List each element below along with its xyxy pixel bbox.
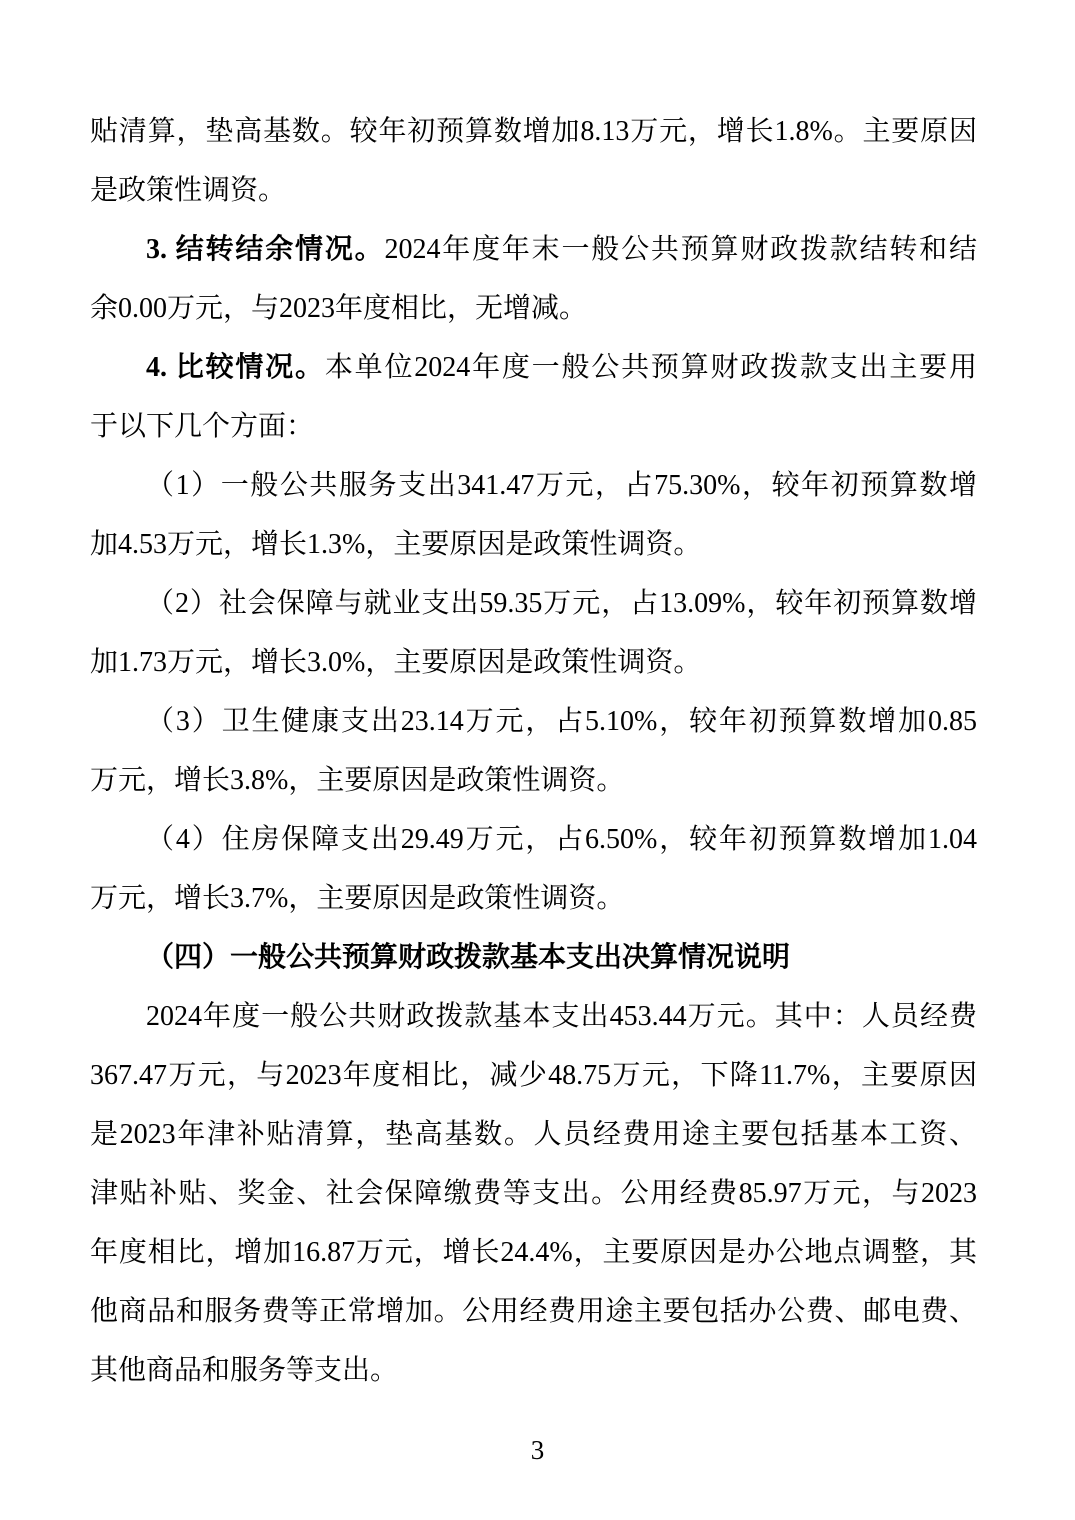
body-run: 余0.00万元，与2023年度相比，无增减。 <box>90 293 587 324</box>
body-run: （2）社会保障与就业支出59.35万元，占13.09%，较年初预算数增 <box>146 588 977 619</box>
body-run: 其他商品和服务等支出。 <box>90 1355 398 1386</box>
text-line: 万元，增长3.8%，主要原因是政策性调资。 <box>90 751 977 810</box>
text-line: 加1.73万元，增长3.0%，主要原因是政策性调资。 <box>90 633 977 692</box>
body-run: 是政策性调资。 <box>90 175 286 206</box>
body-run: 是2023年津补贴清算，垫高基数。人员经费用途主要包括基本工资、 <box>90 1119 977 1150</box>
body-run: 本单位2024年度一般公共预算财政拨款支出主要用 <box>325 352 977 383</box>
body-run: 万元，增长3.7%，主要原因是政策性调资。 <box>90 883 624 914</box>
body-run: 贴清算，垫高基数。较年初预算数增加8.13万元，增长1.8%。主要原因 <box>90 116 977 147</box>
document-page: 贴清算，垫高基数。较年初预算数增加8.13万元，增长1.8%。主要原因 是政策性… <box>0 0 1075 1520</box>
text-line: 4. 比较情况。本单位2024年度一般公共预算财政拨款支出主要用 <box>90 338 977 397</box>
text-line: （4）住房保障支出29.49万元，占6.50%，较年初预算数增加1.04 <box>90 810 977 869</box>
body-run: 367.47万元，与2023年度相比，减少48.75万元，下降11.7%，主要原… <box>90 1060 977 1091</box>
text-line: 加4.53万元，增长1.3%，主要原因是政策性调资。 <box>90 515 977 574</box>
text-line: 其他商品和服务等支出。 <box>90 1341 977 1400</box>
text-line: （3）卫生健康支出23.14万元，占5.10%，较年初预算数增加0.85 <box>90 692 977 751</box>
text-line: 是2023年津补贴清算，垫高基数。人员经费用途主要包括基本工资、 <box>90 1105 977 1164</box>
page-number: 3 <box>0 1430 1075 1470</box>
heading-run: 4. 比较情况。 <box>146 352 325 383</box>
text-line: （1）一般公共服务支出341.47万元，占75.30%，较年初预算数增 <box>90 456 977 515</box>
text-line: 贴清算，垫高基数。较年初预算数增加8.13万元，增长1.8%。主要原因 <box>90 102 977 161</box>
body-run: 加4.53万元，增长1.3%，主要原因是政策性调资。 <box>90 529 701 560</box>
body-run: （1）一般公共服务支出341.47万元，占75.30%，较年初预算数增 <box>146 470 977 501</box>
text-line: （2）社会保障与就业支出59.35万元，占13.09%，较年初预算数增 <box>90 574 977 633</box>
text-line: 万元，增长3.7%，主要原因是政策性调资。 <box>90 869 977 928</box>
body-run: 2024年度年末一般公共预算财政拨款结转和结 <box>384 234 977 265</box>
text-line: 余0.00万元，与2023年度相比，无增减。 <box>90 279 977 338</box>
text-line: 于以下几个方面： <box>90 397 977 456</box>
text-line: 3. 结转结余情况。2024年度年末一般公共预算财政拨款结转和结 <box>90 220 977 279</box>
text-line: 年度相比，增加16.87万元，增长24.4%，主要原因是办公地点调整，其 <box>90 1223 977 1282</box>
body-run: 2024年度一般公共财政拨款基本支出453.44万元。其中：人员经费 <box>146 1001 977 1032</box>
body-run: 他商品和服务费等正常增加。公用经费用途主要包括办公费、邮电费、 <box>90 1296 977 1327</box>
document-body: 贴清算，垫高基数。较年初预算数增加8.13万元，增长1.8%。主要原因 是政策性… <box>90 102 977 1400</box>
body-run: 津贴补贴、奖金、社会保障缴费等支出。公用经费85.97万元，与2023 <box>90 1178 977 1209</box>
text-line: 他商品和服务费等正常增加。公用经费用途主要包括办公费、邮电费、 <box>90 1282 977 1341</box>
body-run: 于以下几个方面： <box>90 411 314 442</box>
text-line: 津贴补贴、奖金、社会保障缴费等支出。公用经费85.97万元，与2023 <box>90 1164 977 1223</box>
section-heading: （四）一般公共预算财政拨款基本支出决算情况说明 <box>90 928 977 987</box>
body-run: 加1.73万元，增长3.0%，主要原因是政策性调资。 <box>90 647 701 678</box>
text-line: 367.47万元，与2023年度相比，减少48.75万元，下降11.7%，主要原… <box>90 1046 977 1105</box>
body-run: 年度相比，增加16.87万元，增长24.4%，主要原因是办公地点调整，其 <box>90 1237 977 1268</box>
body-run: 万元，增长3.8%，主要原因是政策性调资。 <box>90 765 624 796</box>
text-line: 是政策性调资。 <box>90 161 977 220</box>
text-line: 2024年度一般公共财政拨款基本支出453.44万元。其中：人员经费 <box>90 987 977 1046</box>
body-run: （4）住房保障支出29.49万元，占6.50%，较年初预算数增加1.04 <box>146 824 977 855</box>
heading-run: 3. 结转结余情况。 <box>146 234 384 265</box>
heading-run: （四）一般公共预算财政拨款基本支出决算情况说明 <box>146 942 790 973</box>
body-run: （3）卫生健康支出23.14万元，占5.10%，较年初预算数增加0.85 <box>146 706 977 737</box>
